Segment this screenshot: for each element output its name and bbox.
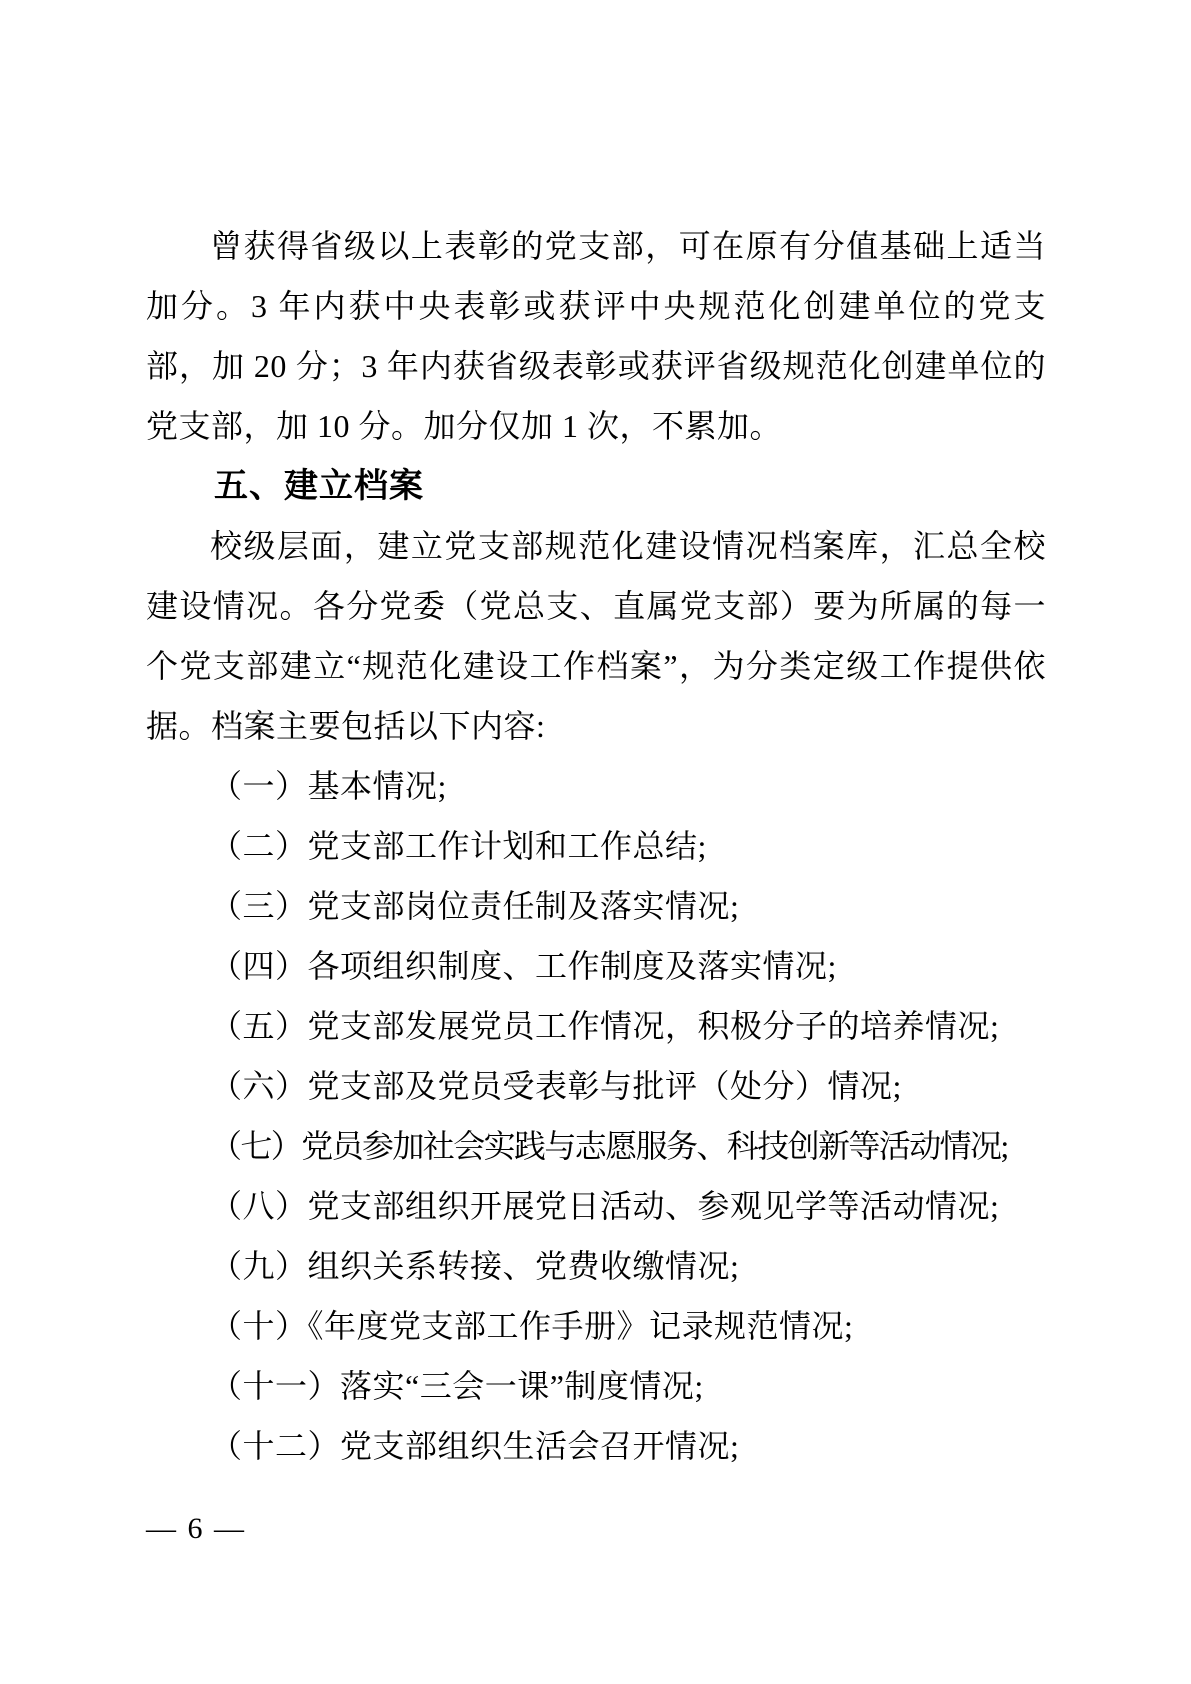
list-item: （九）组织关系转接、党费收缴情况;	[146, 1236, 1046, 1296]
list-item: （十）《年度党支部工作手册》记录规范情况;	[146, 1296, 1046, 1356]
paragraph-bonus-scoring: 曾获得省级以上表彰的党支部，可在原有分值基础上适当加分。3 年内获中央表彰或获评…	[146, 216, 1046, 456]
list-item: （六）党支部及党员受表彰与批评（处分）情况;	[146, 1056, 1046, 1116]
paragraph-archive-intro: 校级层面，建立党支部规范化建设情况档案库，汇总全校建设情况。各分党委（党总支、直…	[146, 516, 1046, 756]
document-page: 曾获得省级以上表彰的党支部，可在原有分值基础上适当加分。3 年内获中央表彰或获评…	[0, 0, 1191, 1684]
section-heading: 五、建立档案	[146, 456, 1046, 516]
page-number: — 6 —	[146, 1505, 246, 1553]
list-item: （一）基本情况;	[146, 756, 1046, 816]
list-item: （十一）落实“三会一课”制度情况;	[146, 1356, 1046, 1416]
document-body: 曾获得省级以上表彰的党支部，可在原有分值基础上适当加分。3 年内获中央表彰或获评…	[146, 216, 1046, 1476]
list-item: （三）党支部岗位责任制及落实情况;	[146, 876, 1046, 936]
list-item: （七）党员参加社会实践与志愿服务、科技创新等活动情况;	[146, 1116, 1046, 1176]
list-item: （四）各项组织制度、工作制度及落实情况;	[146, 936, 1046, 996]
list-item: （八）党支部组织开展党日活动、参观见学等活动情况;	[146, 1176, 1046, 1236]
list-item: （十二）党支部组织生活会召开情况;	[146, 1416, 1046, 1476]
list-item: （二）党支部工作计划和工作总结;	[146, 816, 1046, 876]
archive-item-list: （一）基本情况; （二）党支部工作计划和工作总结; （三）党支部岗位责任制及落实…	[146, 756, 1046, 1476]
list-item: （五）党支部发展党员工作情况，积极分子的培养情况;	[146, 996, 1046, 1056]
